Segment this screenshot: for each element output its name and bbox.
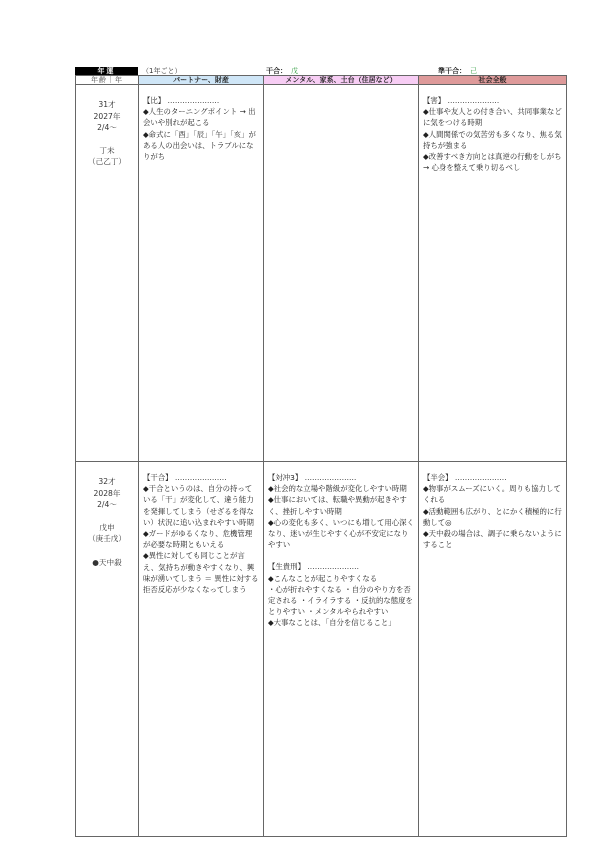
- column-header-age: 年齢｜年: [76, 76, 139, 85]
- block-title: 【半会】 …………………: [423, 472, 562, 483]
- period-label: （1年ごと）: [138, 67, 217, 75]
- start-date: 2/4〜: [76, 499, 138, 511]
- block-line: ◆ガードがゆるくなり、危機管理が必要な時期ともいえる: [143, 528, 259, 550]
- block-title: 【干合】 …………………: [143, 472, 259, 483]
- fortune-block: 【半会】 ………………… ◆物事がスムーズにいく。周りも協力してくれる ◆活動範…: [423, 472, 562, 550]
- block-line: ◆異性に対しても同じことが言え、気持ちが動きやすくなり、興味が湧いてしまう ＝ …: [143, 550, 259, 595]
- block-line: ◆社会的な立場や階級が変化しやすい時期: [268, 483, 414, 494]
- age-cell: 31才 2027年 2/4〜 丁未 （己乙丁）: [76, 85, 139, 462]
- social-cell: 【害】 ………………… ◆仕事や友人との付き合い、共同事業などに気をつける時期 …: [419, 85, 567, 462]
- fortune-table: 年齢｜年 パートナー、財産 メンタル、家系、土台（住居など） 社会全般 31才 …: [75, 75, 567, 837]
- block-line: ◆人生のターニングポイント → 出会いや別れが起こる: [143, 106, 259, 128]
- kango-value: 戊: [287, 67, 371, 75]
- column-header-row: 年齢｜年 パートナー、財産 メンタル、家系、土台（住居など） 社会全般: [76, 76, 567, 85]
- mental-cell: [264, 85, 419, 462]
- fortune-block: 【比】 ………………… ◆人生のターニングポイント → 出会いや別れが起こる ◆…: [143, 95, 259, 162]
- block-title: 【比】 …………………: [143, 95, 259, 106]
- kango-label: 干合：: [217, 67, 287, 75]
- block-line: ◆人間関係での気苦労も多くなり、焦る気持ちが強まる: [423, 129, 562, 151]
- block-line: ◆仕事においては、転職や異動が起きやすく、挫折しやすい時期: [268, 494, 414, 516]
- block-line: ◆活動範囲も広がり、とにかく積極的に行動して◎: [423, 506, 562, 528]
- table-row: 32才 2028年 2/4〜 戊申 （庚壬戊） ●天中殺 【干合】 …………………: [76, 462, 567, 837]
- age: 32才: [76, 476, 138, 488]
- block-line: ◆こんなことが起こりやすくなる: [268, 573, 414, 584]
- mental-cell: 【対冲3】 ………………… ◆社会的な立場や階級が変化しやすい時期 ◆仕事におい…: [264, 462, 419, 837]
- kanshi: 丁未: [76, 145, 138, 157]
- block-line: ◆命式に「酉」「辰」「午」「亥」がある人の出会いは、トラブルになりがち: [143, 129, 259, 163]
- junkango-label: 準干合：: [371, 67, 466, 75]
- zokan: （己乙丁）: [76, 156, 138, 168]
- year: 2028年: [76, 488, 138, 500]
- partner-cell: 【干合】 ………………… ◆干合というのは、自分の持っている「干」が変化して、違…: [139, 462, 264, 837]
- block-line: ◆天中殺の場合は、調子に乗らないようにすること: [423, 528, 562, 550]
- block-line: ◆仕事や友人との付き合い、共同事業などに気をつける時期: [423, 106, 562, 128]
- column-header-partner: パートナー、財産: [139, 76, 264, 85]
- junkango-value: 己: [466, 67, 477, 75]
- social-cell: 【半会】 ………………… ◆物事がスムーズにいく。周りも協力してくれる ◆活動範…: [419, 462, 567, 837]
- sheet-title: 年運: [75, 67, 138, 75]
- fortune-block: 【干合】 ………………… ◆干合というのは、自分の持っている「干」が変化して、違…: [143, 472, 259, 595]
- block-line: ◆心の変化も多く、いつにも増して用心深くなり、迷いが生じやすく心が不安定になりや…: [268, 517, 414, 551]
- block-line: ◆改善すべき方向とは真逆の行動をしがち → 心身を整えて乗り切るべし: [423, 151, 562, 173]
- age-cell: 32才 2028年 2/4〜 戊申 （庚壬戊） ●天中殺: [76, 462, 139, 837]
- tenchusatsu-note: ●天中殺: [76, 557, 138, 569]
- fortune-sheet: 年運 （1年ごと） 干合： 戊 準干合： 己 年齢｜年 パートナー、財産 メンタ…: [75, 67, 566, 837]
- block-title: 【対冲3】 …………………: [268, 472, 414, 483]
- fortune-block: 【害】 ………………… ◆仕事や友人との付き合い、共同事業などに気をつける時期 …: [423, 95, 562, 173]
- age: 31才: [76, 99, 138, 111]
- block-line: ・心が折れやすくなる ・自分のやり方を否定される ・イライラする ・反抗的な態度…: [268, 584, 414, 618]
- start-date: 2/4〜: [76, 122, 138, 134]
- block-line: ◆大事なことは、「自分を信じること」: [268, 617, 414, 628]
- block-line: ◆干合というのは、自分の持っている「干」が変化して、違う能力を発揮してしまう（せ…: [143, 483, 259, 528]
- kanshi: 戊申: [76, 522, 138, 534]
- block-line: ◆物事がスムーズにいく。周りも協力してくれる: [423, 483, 562, 505]
- fortune-block: 【対冲3】 ………………… ◆社会的な立場や階級が変化しやすい時期 ◆仕事におい…: [268, 472, 414, 550]
- zokan: （庚壬戊）: [76, 533, 138, 545]
- block-title: 【害】 …………………: [423, 95, 562, 106]
- sheet-header: 年運 （1年ごと） 干合： 戊 準干合： 己: [75, 67, 566, 75]
- table-row: 31才 2027年 2/4〜 丁未 （己乙丁） 【比】 ………………… ◆人生の…: [76, 85, 567, 462]
- block-title: 【生貴刑】 …………………: [268, 561, 414, 572]
- column-header-social: 社会全般: [419, 76, 567, 85]
- column-header-mental: メンタル、家系、土台（住居など）: [264, 76, 419, 85]
- year: 2027年: [76, 111, 138, 123]
- partner-cell: 【比】 ………………… ◆人生のターニングポイント → 出会いや別れが起こる ◆…: [139, 85, 264, 462]
- fortune-block: 【生貴刑】 ………………… ◆こんなことが起こりやすくなる ・心が折れやすくなる…: [268, 561, 414, 628]
